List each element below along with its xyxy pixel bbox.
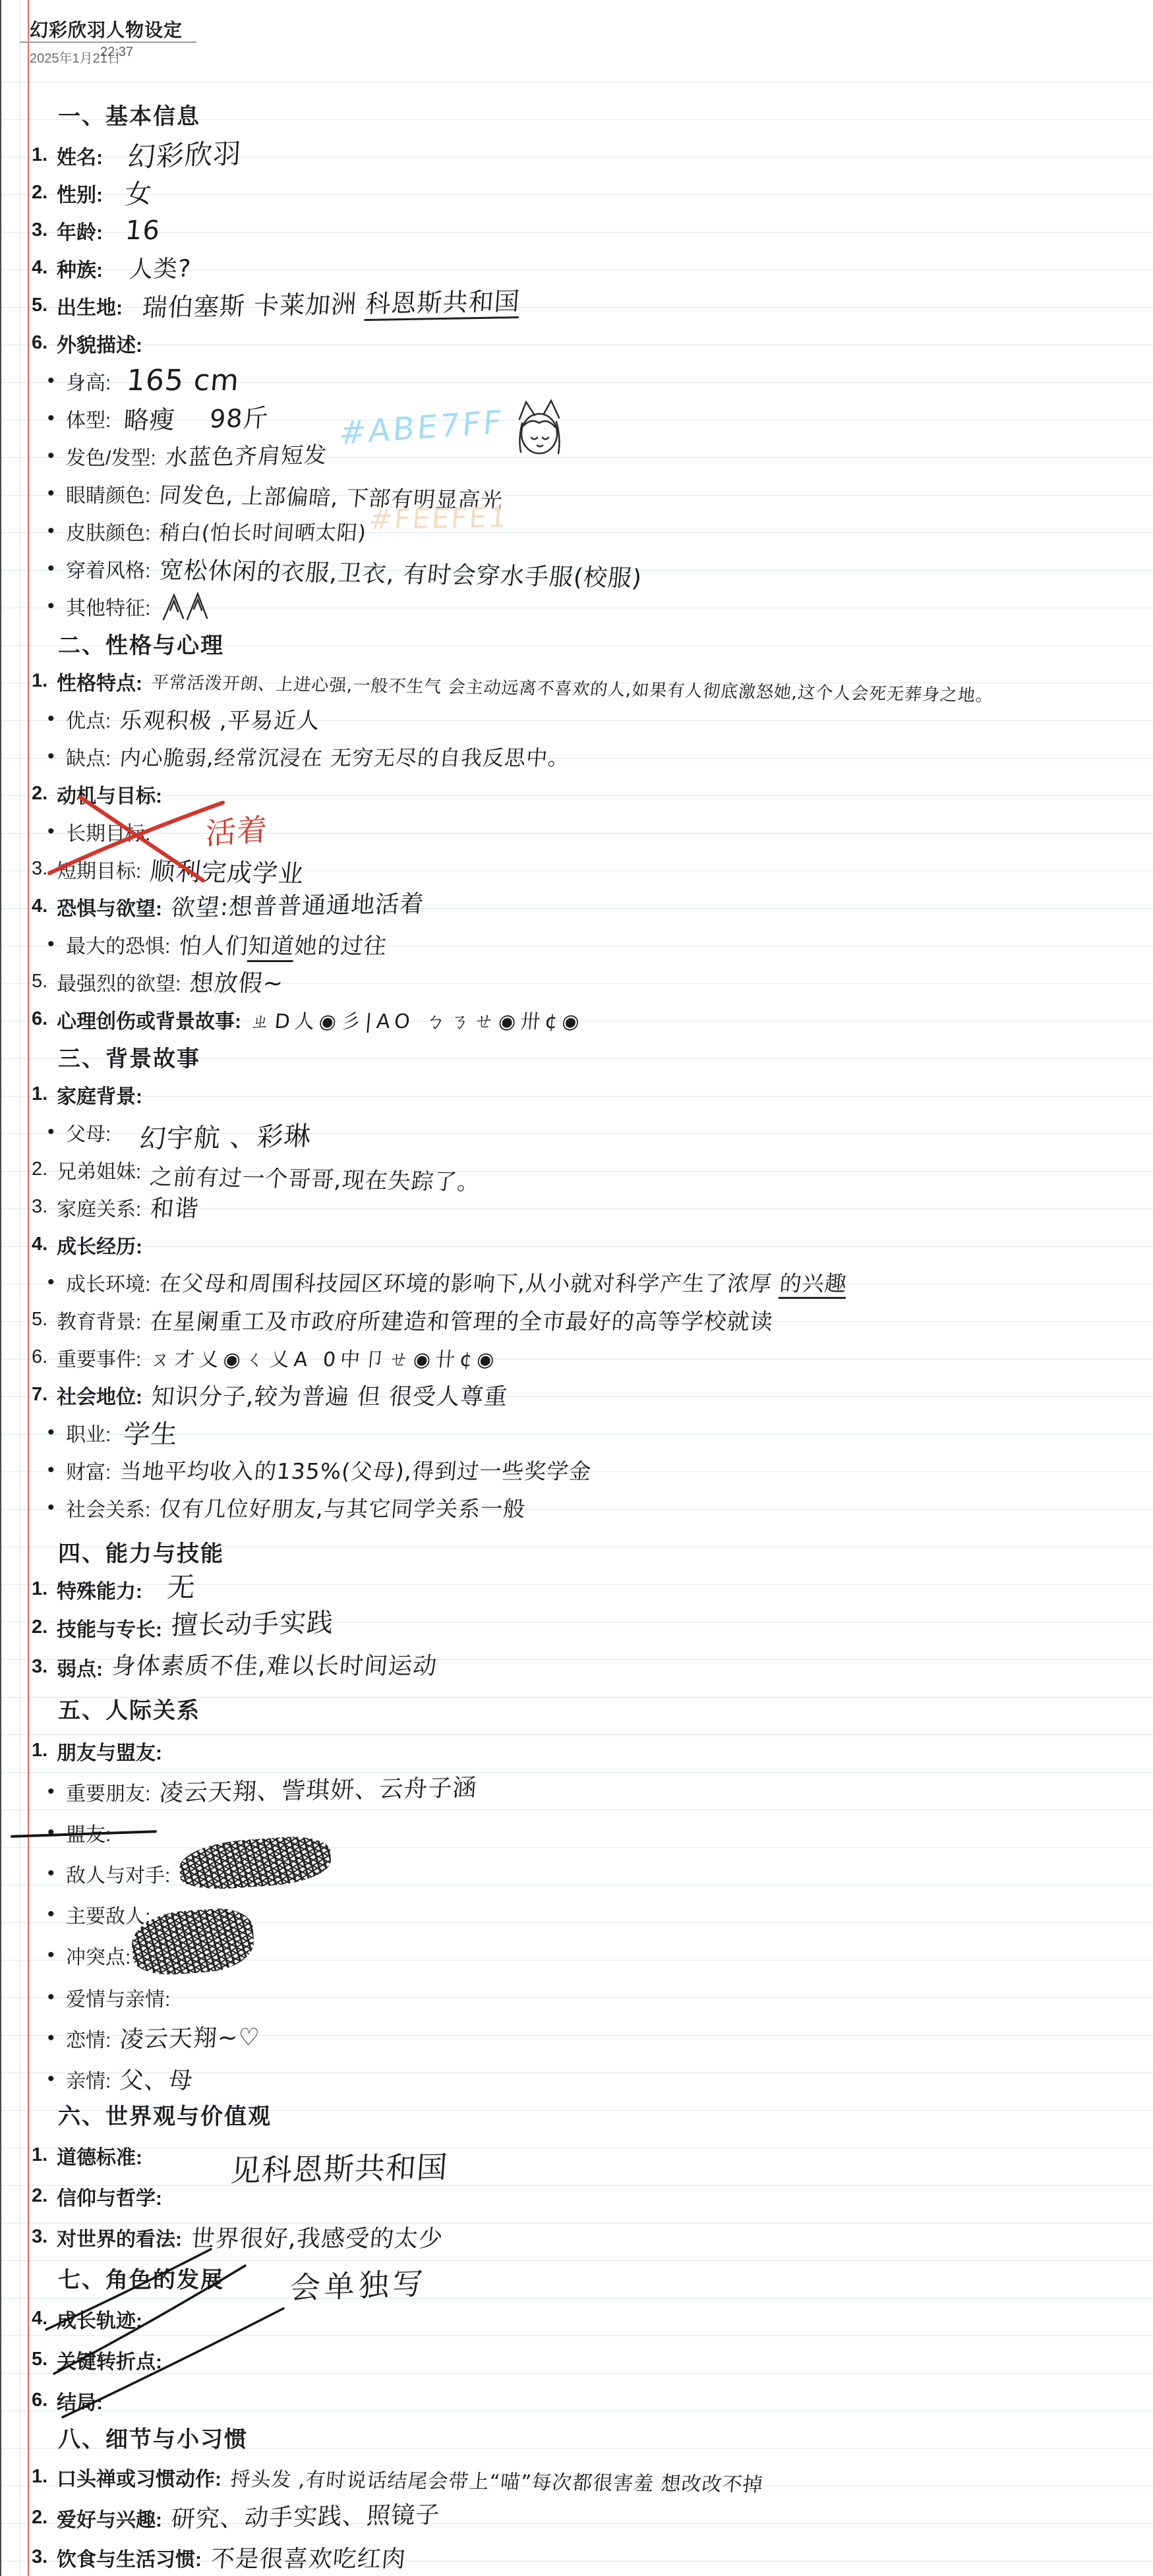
- section-title: 七、角色的发展: [58, 2262, 224, 2294]
- section-title: 五、人际关系: [58, 1692, 200, 1725]
- field-row: 2.兄弟姐妹:之前有过一个哥哥,现在失踪了。: [20, 1151, 1153, 1188]
- field-row: 2.性别:女: [20, 174, 1153, 212]
- bullet-icon: •: [47, 708, 66, 730]
- handwritten-value: 不是很喜欢吃红肉: [210, 2540, 407, 2574]
- field-label: 性别:: [57, 179, 103, 208]
- ears-doodle: [161, 591, 211, 621]
- item-number: 1.: [32, 2466, 57, 2488]
- skin-color-hex-ink: #FEEFE1: [368, 501, 510, 536]
- bullet-icon: •: [47, 370, 66, 392]
- field-label: 盟友:: [66, 1818, 111, 1847]
- bullet-row: •体型:略瘦 98斤: [20, 399, 1153, 437]
- bullet-row: •父母:幻宇航 、彩琳: [20, 1113, 1153, 1151]
- item-number: 4.: [32, 896, 57, 917]
- section-title: 三、背景故事: [58, 1041, 200, 1073]
- handwritten-value: 在父母和周围科技园区环境的影响下,从小就对科学产生了浓厚 的兴趣: [158, 1267, 848, 1298]
- section-title: 六、世界观与价值观: [58, 2098, 272, 2131]
- window-left-edge: [0, 0, 1, 2576]
- field-label: 结局:: [57, 2386, 103, 2415]
- bullet-row: •发色/发型:水蓝色齐肩短发: [20, 437, 1153, 474]
- item-number: 5.: [32, 295, 57, 316]
- field-label: 财富:: [66, 1456, 111, 1485]
- handwritten-value: 怕人们知道她的过往: [178, 928, 388, 960]
- bullet-icon: •: [47, 1944, 66, 1966]
- bullet-icon: •: [47, 1497, 66, 1519]
- bullet-icon: •: [47, 1459, 66, 1481]
- item-number: 3.: [32, 2546, 57, 2568]
- bullet-row: •优点:乐观积极 ,平易近人: [20, 700, 1153, 737]
- handwritten-value: 仅有几位好朋友,与其它同学关系一般: [158, 1492, 527, 1523]
- field-row: 3.家庭关系:和谐: [20, 1188, 1153, 1226]
- field-label: 身高:: [66, 366, 111, 395]
- handwritten-value: 凌云天翔~♡: [119, 2018, 262, 2055]
- handwritten-value: 父、母: [119, 2062, 194, 2096]
- handwritten-value: 知识分子,较为普遍 但 很受人尊重: [150, 1379, 510, 1412]
- field-row: 7.社会地位:知识分子,较为普遍 但 很受人尊重: [20, 1376, 1153, 1414]
- field-label: 种族:: [57, 254, 103, 283]
- section-heading: 三、背景故事: [20, 1038, 1153, 1075]
- field-label: 家庭背景:: [57, 1080, 142, 1109]
- handwritten-value: ㄡ才乂◉ㄑ乂A 0中卩ㄝ◉卄¢◉: [149, 1343, 500, 1372]
- bullet-icon: •: [47, 520, 66, 542]
- field-label: 最大的恐惧:: [66, 930, 170, 959]
- bullet-icon: •: [47, 1781, 66, 1803]
- handwritten-value: 世界很好,我感受的太少: [190, 2220, 445, 2254]
- field-row: 3.弱点:身体素质不佳,难以长时间运动: [20, 1648, 1153, 1686]
- handwritten-value: 在星阑重工及市政府所建造和管理的全市最好的高等学校就读: [149, 1303, 775, 1336]
- item-number: 2.: [32, 783, 57, 805]
- field-label: 父母:: [66, 1118, 111, 1147]
- field-label: 敌人与对手:: [66, 1859, 170, 1888]
- bullet-icon: •: [47, 2027, 66, 2049]
- item-number: 4.: [32, 1234, 57, 1255]
- field-label: 朋友与盟友:: [57, 1736, 162, 1765]
- bullet-icon: •: [47, 1862, 66, 1885]
- handwritten-value: 16: [124, 215, 162, 246]
- dev-note-ink: 会单独写: [289, 2260, 428, 2308]
- section-heading: 五、人际关系: [20, 1690, 1153, 1727]
- note-time: 22:37: [100, 45, 133, 60]
- handwritten-value: 水蓝色齐肩短发: [164, 437, 328, 472]
- field-label: 姓名:: [57, 141, 103, 170]
- item-number: 5.: [32, 1309, 57, 1331]
- handwritten-value: 女: [125, 173, 153, 212]
- bullet-row: •其他特征:: [20, 587, 1153, 625]
- field-label: 体型:: [66, 404, 111, 433]
- field-row: 3.对世界的看法:世界很好,我感受的太少: [20, 2218, 1153, 2256]
- field-label: 皮肤颜色:: [66, 517, 150, 546]
- section-title: 一、基本信息: [58, 98, 200, 130]
- field-row: 3.短期目标:顺利完成学业: [20, 850, 1153, 888]
- bullet-row: •财富:当地平均收入的135%(父母),得到过一些奖学金: [20, 1451, 1153, 1489]
- field-row: 6.外貌描述:: [20, 324, 1153, 362]
- item-number: 2.: [32, 2185, 57, 2207]
- section-heading: 六、世界观与价值观: [20, 2096, 1153, 2133]
- bullet-row: •盟友:: [20, 1814, 1153, 1851]
- item-number: 3.: [32, 1656, 57, 1678]
- section-heading: 四、能力与技能: [20, 1533, 1153, 1570]
- bullet-icon: •: [47, 482, 66, 505]
- section-title: 八、细节与小习惯: [58, 2421, 248, 2453]
- field-row: 1.朋友与盟友:: [20, 1732, 1153, 1769]
- section-heading: 一、基本信息: [20, 96, 1153, 133]
- field-label: 重要事件:: [57, 1343, 141, 1372]
- handwritten-value: 瑞伯塞斯 卡莱加洲 科恩斯共和国: [141, 281, 521, 324]
- field-label: 对世界的看法:: [57, 2223, 182, 2252]
- bullet-row: •眼睛颜色:同发色, 上部偏暗, 下部有明显高光: [20, 474, 1153, 512]
- handwritten-value: 擅长动手实践: [170, 1602, 335, 1642]
- field-label: 长期目标:: [66, 817, 150, 846]
- item-number: 6.: [32, 1346, 57, 1368]
- field-label: 教育背景:: [57, 1305, 141, 1334]
- field-row: 5.关键转折点:: [20, 2341, 1153, 2378]
- field-row: 6.重要事件:ㄡ才乂◉ㄑ乂A 0中卩ㄝ◉卄¢◉: [20, 1338, 1153, 1376]
- item-number: 1.: [32, 2144, 57, 2166]
- bullet-icon: •: [47, 407, 66, 430]
- handwritten-value: 人类?: [128, 250, 192, 285]
- handwritten-value: 当地平均收入的135%(父母),得到过一些奖学金: [119, 1454, 593, 1485]
- field-row: 2.信仰与哲学:: [20, 2177, 1153, 2215]
- item-number: 1.: [32, 1740, 57, 1761]
- section-title: 二、性格与心理: [58, 627, 224, 660]
- item-number: 6.: [32, 332, 57, 354]
- section-title: 四、能力与技能: [58, 1535, 224, 1568]
- handwritten-value: 活着: [206, 805, 269, 853]
- bullet-icon: •: [47, 2068, 66, 2090]
- item-number: 3.: [32, 2226, 57, 2248]
- field-label: 成长轨迹:: [57, 2304, 142, 2333]
- bullet-row: •社会关系:仅有几位好朋友,与其它同学关系一般: [20, 1489, 1153, 1526]
- bullet-icon: •: [47, 820, 66, 843]
- handwritten-value: 研究、动手实践、照镜子: [170, 2496, 441, 2534]
- page-title: 幻彩欣羽人物设定: [30, 16, 183, 42]
- handwritten-value: ㄓD人◉彡|AO ㄅㄋㄝ◉卅¢◉: [249, 1005, 585, 1034]
- field-label: 成长经历:: [57, 1230, 142, 1259]
- bullet-icon: •: [47, 933, 66, 956]
- field-row: 4.成长经历:: [20, 1226, 1153, 1263]
- item-number: 1.: [32, 1083, 57, 1105]
- item-number: 2.: [32, 2507, 57, 2529]
- item-number: 1.: [32, 144, 57, 166]
- handwritten-value: 凌云天翔、訾琪妍、云舟子涵: [159, 1769, 479, 1808]
- bullet-row: •亲情:父、母: [20, 2060, 1153, 2098]
- bullet-icon: •: [47, 1121, 66, 1143]
- field-label: 兄弟姐妹:: [57, 1155, 141, 1184]
- bullet-row: •职业:学生: [20, 1414, 1153, 1451]
- bullet-row: •皮肤颜色:稍白(怕长时间晒太阳): [20, 512, 1153, 550]
- field-label: 职业:: [66, 1418, 111, 1447]
- handwritten-value: 学生: [123, 1414, 180, 1451]
- field-label: 重要朋友:: [66, 1777, 150, 1806]
- field-row: 2.爱好与兴趣:研究、动手实践、照镜子: [20, 2499, 1153, 2536]
- bullet-icon: •: [47, 1986, 66, 2009]
- field-row: 6.结局:: [20, 2382, 1153, 2419]
- field-label: 优点:: [66, 704, 111, 733]
- field-label: 穿着风格:: [66, 554, 150, 583]
- bullet-row: •恋情:凌云天翔~♡: [20, 2019, 1153, 2057]
- field-label: 眼睛颜色:: [66, 479, 150, 508]
- field-label: 口头禅或习惯动作:: [57, 2463, 222, 2492]
- field-row: 4.恐惧与欲望:欲望:想普普通通地活着: [20, 888, 1153, 925]
- handwritten-value: 和谐: [149, 1190, 200, 1224]
- handwritten-value: 165 cm: [125, 364, 241, 397]
- bullet-row: •敌人与对手:: [20, 1854, 1153, 1892]
- field-label: 短期目标:: [57, 855, 141, 884]
- field-label: 亲情:: [66, 2065, 111, 2094]
- item-number: 5.: [32, 2349, 57, 2370]
- bullet-row: •冲突点:: [20, 1936, 1153, 1974]
- handwritten-value: 捋头发 ,有时说话结尾会带上“喵”每次都很害羞 想改改不掉: [229, 2463, 765, 2497]
- section-heading: 八、细节与小习惯: [20, 2419, 1153, 2456]
- bullet-icon: •: [47, 1821, 66, 1844]
- bullet-icon: •: [47, 745, 66, 768]
- field-label: 爱好与兴趣:: [57, 2504, 162, 2533]
- bullet-row: •最大的恐惧:怕人们知道她的过往: [20, 925, 1153, 963]
- item-number: 4.: [32, 257, 57, 279]
- field-label: 外貌描述:: [57, 329, 142, 358]
- bullet-icon: •: [47, 1903, 66, 1926]
- item-number: 6.: [32, 1008, 57, 1030]
- item-number: 7.: [32, 1384, 57, 1406]
- handwritten-value: 幻宇航 、彩琳: [138, 1115, 312, 1156]
- section-heading: 二、性格与心理: [20, 625, 1153, 662]
- field-row: 3.年龄:16: [20, 212, 1153, 249]
- item-number: 1.: [32, 670, 57, 692]
- handwritten-value: 无: [165, 1566, 197, 1605]
- item-number: 2.: [32, 1617, 57, 1638]
- bullet-icon: •: [47, 558, 66, 580]
- field-row: 1.道德标准:见科恩斯共和国: [20, 2136, 1153, 2174]
- field-row: 1.家庭背景:: [20, 1075, 1153, 1113]
- field-row: 4.种族:人类?: [20, 249, 1153, 287]
- bullet-row: •爱情与亲情:: [20, 1978, 1153, 2016]
- item-number: 5.: [32, 971, 57, 992]
- field-row: 3.饮食与生活习惯:不是很喜欢吃红肉: [20, 2538, 1153, 2576]
- field-row: 5.出生地:瑞伯塞斯 卡莱加洲 科恩斯共和国: [20, 287, 1153, 324]
- item-number: 2.: [32, 182, 57, 204]
- field-row: 5.最强烈的欲望:想放假~: [20, 963, 1153, 1000]
- field-row: 1.姓名:幻彩欣羽: [20, 136, 1153, 174]
- bullet-row: •穿着风格:宽松休闲的衣服,卫衣, 有时会穿水手服(校服): [20, 550, 1153, 587]
- field-row: 2.技能与专长:擅长动手实践: [20, 1609, 1153, 1646]
- item-number: 1.: [32, 1578, 57, 1600]
- field-label: 道德标准:: [57, 2141, 142, 2170]
- field-row: 1.特殊能力:无: [20, 1570, 1153, 1608]
- bullet-icon: •: [47, 1271, 66, 1294]
- field-label: 社会地位:: [57, 1381, 142, 1410]
- bullet-row: •身高:165 cm: [20, 362, 1153, 399]
- bullet-row: •成长环境:在父母和周围科技园区环境的影响下,从小就对科学产生了浓厚 的兴趣: [20, 1263, 1153, 1301]
- field-label: 恐惧与欲望:: [57, 892, 162, 921]
- field-row: 1.性格特点:平常活泼开朗、上进心强,一般不生气 会主动远离不喜欢的人,如果有人…: [20, 662, 1153, 700]
- field-label: 恋情:: [66, 2024, 111, 2053]
- item-number: 4.: [32, 2308, 57, 2330]
- field-label: 家庭关系:: [57, 1193, 141, 1222]
- field-label: 心理创伤或背景故事:: [57, 1005, 241, 1034]
- handwritten-value: 身体素质不佳,难以长时间运动: [111, 1647, 439, 1681]
- item-number: 3.: [32, 1196, 57, 1218]
- title-underline: [20, 42, 196, 43]
- field-label: 社会关系:: [66, 1493, 150, 1522]
- field-label: 特殊能力:: [57, 1575, 142, 1604]
- note-page: { "page": { "title": "幻彩欣羽人物设定", "date":…: [0, 0, 1153, 2576]
- field-row: 4.成长轨迹:: [20, 2300, 1153, 2337]
- field-label: 动机与目标:: [57, 780, 162, 809]
- bullet-row: •缺点:内心脆弱,经常沉浸在 无穷无尽的自我反思中。: [20, 737, 1153, 775]
- field-label: 成长环境:: [66, 1268, 150, 1297]
- field-label: 最强烈的欲望:: [57, 967, 181, 996]
- field-label: 其他特征:: [66, 592, 150, 621]
- field-label: 信仰与哲学:: [57, 2182, 162, 2211]
- field-label: 年龄:: [57, 216, 103, 245]
- field-label: 爱情与亲情:: [66, 1983, 170, 2012]
- handwritten-value: 稍白(怕长时间晒太阳): [158, 516, 368, 546]
- bullet-icon: •: [47, 1421, 66, 1444]
- field-label: 弱点:: [57, 1653, 103, 1682]
- item-number: 2.: [32, 1159, 57, 1180]
- item-number: 3.: [32, 858, 57, 880]
- field-row: 5.教育背景:在星阑重工及市政府所建造和管理的全市最好的高等学校就读: [20, 1301, 1153, 1338]
- field-row: 2.动机与目标:: [20, 775, 1153, 813]
- handwritten-value: 幻彩欣羽: [127, 132, 243, 175]
- item-number: 6.: [32, 2390, 57, 2411]
- field-row: 6.心理创伤或背景故事:ㄓD人◉彡|AO ㄅㄋㄝ◉卅¢◉: [20, 1000, 1153, 1038]
- handwritten-value: 略瘦 98斤: [123, 397, 270, 436]
- section-heading: 七、角色的发展: [20, 2259, 1153, 2297]
- handwritten-value: 欲望:想普普通通地活着: [170, 885, 425, 923]
- field-label: 发色/发型:: [66, 442, 156, 471]
- item-number: 3.: [32, 219, 57, 241]
- bullet-icon: •: [47, 595, 66, 617]
- field-label: 饮食与生活习惯:: [57, 2543, 202, 2572]
- field-row: 1.口头禅或习惯动作:捋头发 ,有时说话结尾会带上“喵”每次都很害羞 想改改不掉: [20, 2458, 1153, 2496]
- field-label: 关键转折点:: [57, 2345, 162, 2374]
- field-label: 技能与专长:: [57, 1613, 162, 1642]
- field-label: 出生地:: [57, 291, 123, 320]
- field-label: 性格特点:: [57, 667, 142, 696]
- handwritten-value: 内心脆弱,经常沉浸在 无穷无尽的自我反思中。: [119, 741, 571, 772]
- field-label: 冲突点:: [66, 1941, 131, 1970]
- field-label: 主要敌人:: [66, 1900, 150, 1929]
- field-label: 缺点:: [66, 742, 111, 771]
- bullet-icon: •: [47, 445, 66, 467]
- handwritten-value: 顺利完成学业: [148, 851, 306, 890]
- handwritten-value: 想放假~: [189, 965, 285, 998]
- handwritten-value: 乐观积极 ,平易近人: [119, 702, 322, 735]
- bullet-row: •重要朋友:凌云天翔、訾琪妍、云舟子涵: [20, 1773, 1153, 1810]
- bullet-row: •长期目标:活着: [20, 813, 1153, 850]
